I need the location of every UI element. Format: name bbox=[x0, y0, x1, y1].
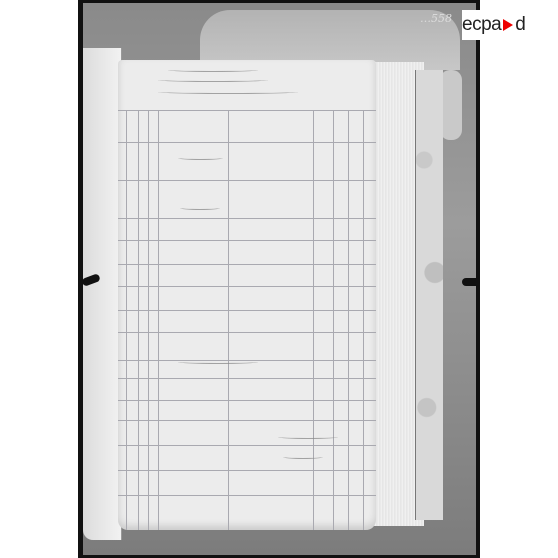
logo-text-right: d bbox=[515, 14, 525, 36]
logo-text-left: ecpa bbox=[462, 14, 501, 36]
ledger-marbled-edge bbox=[415, 70, 443, 520]
play-triangle-icon bbox=[503, 19, 513, 31]
clip-right bbox=[462, 278, 480, 286]
person-hand bbox=[440, 70, 462, 140]
catalogue-number: …558 bbox=[420, 12, 452, 25]
ecpad-logo: ecpad bbox=[462, 10, 552, 40]
ledger-left-page bbox=[83, 48, 122, 540]
ledger-page bbox=[118, 60, 376, 530]
